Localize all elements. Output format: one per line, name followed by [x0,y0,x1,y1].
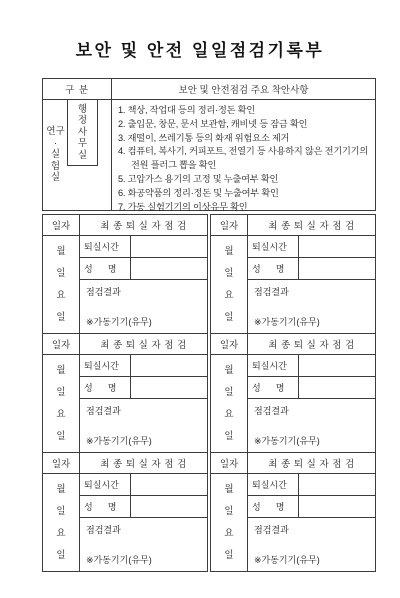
check-result-cell: 점검결과 ※가동기기(유무) [248,280,375,333]
checkout-time-value [131,474,207,495]
date-fill-cell: 월 일 요 일 [211,236,248,333]
operating-equipment-note: ※가동기기(유무) [86,553,152,566]
checklist-item: 4. 컴퓨터, 복사기, 커피포트, 전열기 등 사용하지 않은 전기기기의 전… [118,145,371,173]
checkout-time-row: 퇴실시간 [248,474,375,496]
block-header-row: 일자 최 종 퇴 실 자 점 검 [43,215,207,236]
checklist-item: 6. 화공약품의 정리·정돈 및 누출여부 확인 [118,187,371,201]
operating-equipment-note: ※가동기기(유무) [254,553,320,566]
daily-check-grid: 일자 최 종 퇴 실 자 점 검 월 일 요 일 퇴실시간 성 명 점검결과 ※… [42,214,376,572]
date-header: 일자 [43,334,80,354]
block-body: 월 일 요 일 퇴실시간 성 명 점검결과 ※가동기기(유무) [43,236,207,333]
name-label: 성 명 [248,377,299,398]
block-header-row: 일자 최 종 퇴 실 자 점 검 [211,215,375,236]
daily-check-block: 일자 최 종 퇴 실 자 점 검 월 일 요 일 퇴실시간 성 명 점검결과 ※… [42,333,208,453]
date-header: 일자 [211,215,248,235]
name-label: 성 명 [80,496,131,517]
name-label: 성 명 [248,258,299,279]
scanned-form-page: 보안 및 안전 일일점검기록부 구 분 보안 및 안전점검 주요 착안사항 연구… [0,0,400,598]
checkout-time-row: 퇴실시간 [248,236,375,258]
name-row: 성 명 [248,496,375,518]
daily-check-block: 일자 최 종 퇴 실 자 점 검 월 일 요 일 퇴실시간 성 명 점검결과 ※… [210,452,376,572]
checklist-item: 1. 책상, 작업대 등의 정리·정돈 확인 [118,104,371,118]
checkout-time-label: 퇴실시간 [80,236,131,257]
form-area: 구 분 보안 및 안전점검 주요 착안사항 연구 · 실 험 실 행 정 사 무… [42,78,376,572]
name-label: 성 명 [80,258,131,279]
check-result-cell: 점검결과 ※가동기기(유무) [248,399,375,452]
check-result-label: 점검결과 [86,523,121,536]
block-body: 월 일 요 일 퇴실시간 성 명 점검결과 ※가동기기(유무) [211,355,375,452]
admin-office-label: 행 정 사 무 실 [67,100,98,166]
name-value [299,496,375,517]
operating-equipment-note: ※가동기기(유무) [86,315,152,328]
date-header: 일자 [43,453,80,473]
date-fill-cell: 월 일 요 일 [43,355,80,452]
operating-equipment-note: ※가동기기(유무) [254,315,320,328]
checkout-time-value [131,236,207,257]
checkout-time-label: 퇴실시간 [248,355,299,376]
name-label: 성 명 [80,377,131,398]
block-body: 월 일 요 일 퇴실시간 성 명 점검결과 ※가동기기(유무) [211,236,375,333]
block-header-row: 일자 최 종 퇴 실 자 점 검 [211,334,375,355]
block-content: 퇴실시간 성 명 점검결과 ※가동기기(유무) [80,236,207,333]
checklist-body-row: 연구 · 실 험 실 행 정 사 무 실 1. 책상, 작업대 등의 정리·정돈… [43,100,375,210]
daily-check-row: 일자 최 종 퇴 실 자 점 검 월 일 요 일 퇴실시간 성 명 점검결과 ※… [42,333,376,453]
block-content: 퇴실시간 성 명 점검결과 ※가동기기(유무) [248,474,375,571]
checkout-time-value [299,474,375,495]
check-result-label: 점검결과 [254,523,289,536]
checkout-time-label: 퇴실시간 [80,474,131,495]
date-fill-cell: 월 일 요 일 [43,474,80,571]
checkout-time-row: 퇴실시간 [80,355,207,377]
operating-equipment-note: ※가동기기(유무) [86,434,152,447]
name-value [299,377,375,398]
checklist-items: 1. 책상, 작업대 등의 정리·정돈 확인 2. 출입문, 창문, 문서 보관… [112,100,375,210]
block-header-row: 일자 최 종 퇴 실 자 점 검 [43,334,207,355]
name-row: 성 명 [80,377,207,399]
final-leaver-check-header: 최 종 퇴 실 자 점 검 [248,334,375,354]
date-fill-cell: 월 일 요 일 [43,236,80,333]
daily-check-block: 일자 최 종 퇴 실 자 점 검 월 일 요 일 퇴실시간 성 명 점검결과 ※… [42,452,208,572]
check-result-label: 점검결과 [254,285,289,298]
check-result-label: 점검결과 [254,404,289,417]
daily-check-row: 일자 최 종 퇴 실 자 점 검 월 일 요 일 퇴실시간 성 명 점검결과 ※… [42,452,376,572]
checklist-item: 5. 고압가스 용기의 고정 및 누출여부 확인 [118,173,371,187]
name-row: 성 명 [80,496,207,518]
block-content: 퇴실시간 성 명 점검결과 ※가동기기(유무) [248,236,375,333]
name-row: 성 명 [248,377,375,399]
checkout-time-value [299,355,375,376]
room-type-cell: 연구 · 실 험 실 행 정 사 무 실 [43,100,112,210]
block-body: 월 일 요 일 퇴실시간 성 명 점검결과 ※가동기기(유무) [43,355,207,452]
final-leaver-check-header: 최 종 퇴 실 자 점 검 [80,334,207,354]
name-row: 성 명 [248,258,375,280]
document-title: 보안 및 안전 일일점검기록부 [0,36,400,61]
date-header: 일자 [43,215,80,235]
block-header-row: 일자 최 종 퇴 실 자 점 검 [43,453,207,474]
check-result-cell: 점검결과 ※가동기기(유무) [80,280,207,333]
final-leaver-check-header: 최 종 퇴 실 자 점 검 [248,215,375,235]
name-row: 성 명 [80,258,207,280]
key-points-header: 보안 및 안전점검 주요 착안사항 [112,79,375,99]
checkout-time-row: 퇴실시간 [80,236,207,258]
final-leaver-check-header: 최 종 퇴 실 자 점 검 [80,215,207,235]
final-leaver-check-header: 최 종 퇴 실 자 점 검 [248,453,375,473]
block-content: 퇴실시간 성 명 점검결과 ※가동기기(유무) [80,355,207,452]
research-lab-label: 연구 · 실 험 실 [43,100,68,210]
daily-check-block: 일자 최 종 퇴 실 자 점 검 월 일 요 일 퇴실시간 성 명 점검결과 ※… [42,214,208,334]
checkout-time-value [131,355,207,376]
daily-check-block: 일자 최 종 퇴 실 자 점 검 월 일 요 일 퇴실시간 성 명 점검결과 ※… [210,214,376,334]
name-value [131,258,207,279]
block-header-row: 일자 최 종 퇴 실 자 점 검 [211,453,375,474]
checklist-table: 구 분 보안 및 안전점검 주요 착안사항 연구 · 실 험 실 행 정 사 무… [42,78,376,211]
check-result-cell: 점검결과 ※가동기기(유무) [80,518,207,571]
final-leaver-check-header: 최 종 퇴 실 자 점 검 [80,453,207,473]
checkout-time-label: 퇴실시간 [80,355,131,376]
date-header: 일자 [211,334,248,354]
checklist-item: 3. 재떨이, 쓰레기통 등의 화재 위험요소 제거 [118,132,371,146]
checklist-header-row: 구 분 보안 및 안전점검 주요 착안사항 [43,79,375,100]
check-result-label: 점검결과 [86,404,121,417]
name-value [299,258,375,279]
checkout-time-label: 퇴실시간 [248,236,299,257]
checkout-time-row: 퇴실시간 [248,355,375,377]
block-content: 퇴실시간 성 명 점검결과 ※가동기기(유무) [80,474,207,571]
category-header: 구 분 [43,79,112,99]
daily-check-block: 일자 최 종 퇴 실 자 점 검 월 일 요 일 퇴실시간 성 명 점검결과 ※… [210,333,376,453]
block-body: 월 일 요 일 퇴실시간 성 명 점검결과 ※가동기기(유무) [43,474,207,571]
checkout-time-row: 퇴실시간 [80,474,207,496]
operating-equipment-note: ※가동기기(유무) [254,434,320,447]
check-result-cell: 점검결과 ※가동기기(유무) [248,518,375,571]
date-header: 일자 [211,453,248,473]
name-label: 성 명 [248,496,299,517]
block-body: 월 일 요 일 퇴실시간 성 명 점검결과 ※가동기기(유무) [211,474,375,571]
checkout-time-label: 퇴실시간 [248,474,299,495]
block-content: 퇴실시간 성 명 점검결과 ※가동기기(유무) [248,355,375,452]
daily-check-row: 일자 최 종 퇴 실 자 점 검 월 일 요 일 퇴실시간 성 명 점검결과 ※… [42,214,376,334]
check-result-label: 점검결과 [86,285,121,298]
checklist-item: 2. 출입문, 창문, 문서 보관함, 캐비넷 등 잠금 확인 [118,118,371,132]
checklist-item: 7. 가동 실험기기의 이상유무 확인 [118,201,371,215]
check-result-cell: 점검결과 ※가동기기(유무) [80,399,207,452]
name-value [131,377,207,398]
name-value [131,496,207,517]
date-fill-cell: 월 일 요 일 [211,474,248,571]
checkout-time-value [299,236,375,257]
date-fill-cell: 월 일 요 일 [211,355,248,452]
